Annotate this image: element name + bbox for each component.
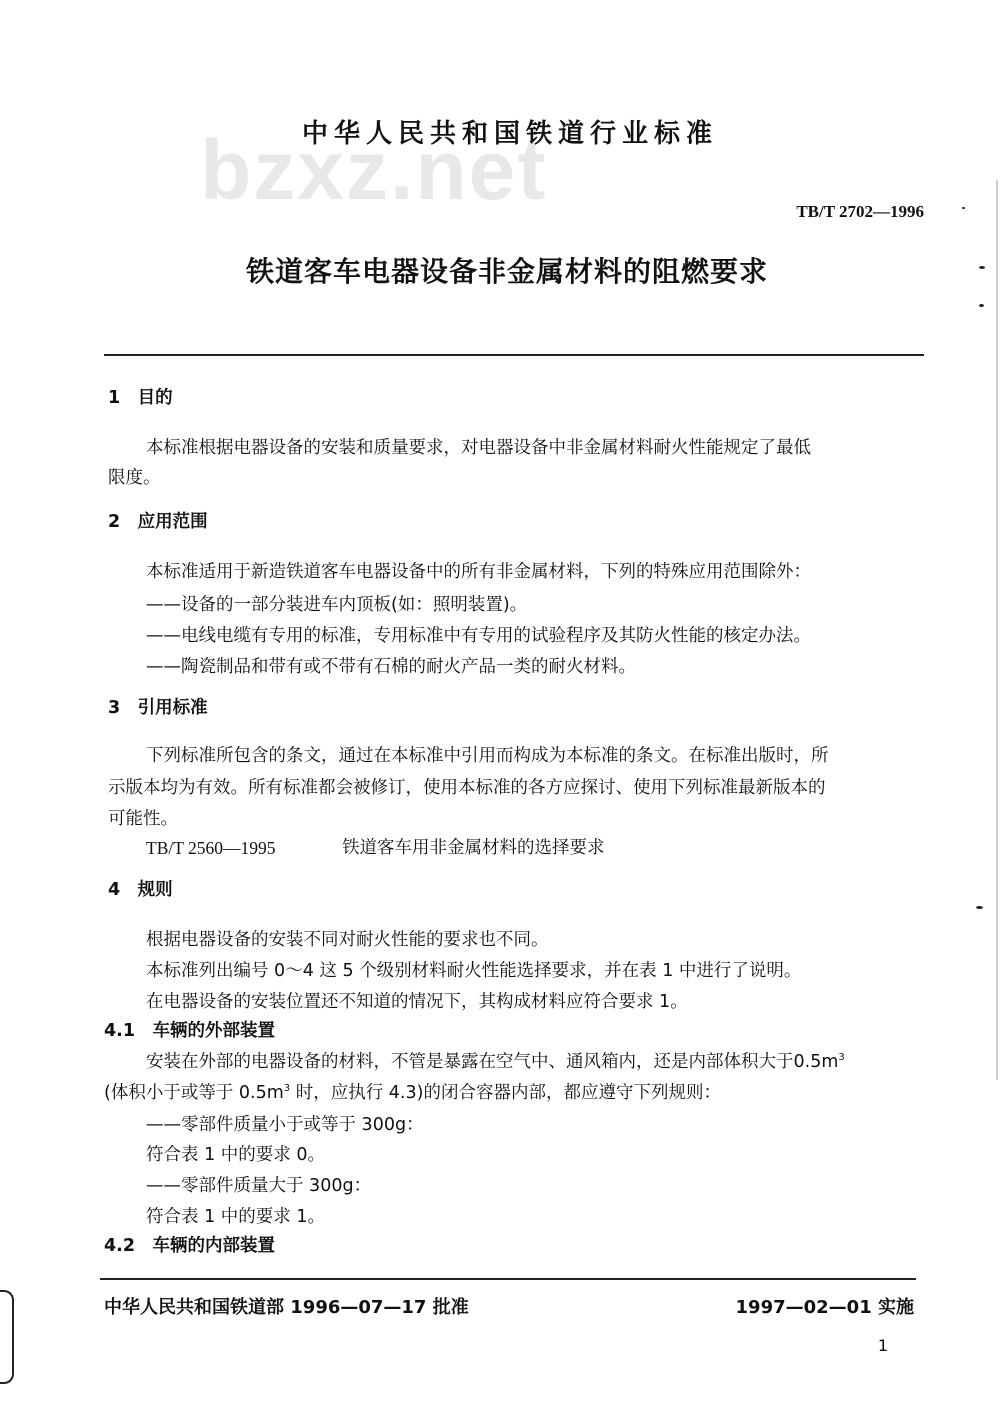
section-4-2-heading: 4.2 车辆的内部装置 [104, 1238, 275, 1256]
section-1-text: 本标准根据电器设备的安装和质量要求，对电器设备中非金属材料耐火性能规定了最低 [146, 440, 811, 458]
section-4-1-heading: 4.1 车辆的外部装置 [104, 1023, 275, 1041]
section-2-heading: 2 应用范围 [108, 514, 208, 532]
implementation-date: 1997—02—01 实施 [736, 1299, 914, 1317]
section-4-text: 本标准列出编号 0～4 这 5 个级别材料耐火性能选择要求，并在表 1 中进行了… [146, 963, 801, 981]
section-3-heading: 3 引用标准 [108, 700, 208, 718]
section-1-heading: 1 目的 [108, 390, 173, 408]
section-4-1-item: 符合表 1 中的要求 1。 [146, 1209, 325, 1227]
section-4-text: 在电器设备的安装位置还不知道的情况下，其构成材料应符合要求 1。 [146, 994, 688, 1012]
section-2-item: ——陶瓷制品和带有或不带有石棉的耐火产品一类的耐火材料。 [146, 659, 636, 677]
section-3-text: 可能性。 [108, 811, 178, 829]
section-4-text: 根据电器设备的安装不同对耐火性能的要求也不同。 [146, 932, 549, 950]
scan-speck [962, 207, 965, 209]
scan-speck [976, 906, 983, 909]
org-title: 中华人民共和国铁道行业标准 [302, 121, 718, 147]
page-number: 1 [878, 1338, 888, 1354]
standard-number: TB/T 2702—1996 [796, 203, 924, 220]
footer-divider [100, 1278, 916, 1280]
section-3-text: 示版本均为有效。所有标准都会被修订，使用本标准的各方应探讨、使用下列标准最新版本… [108, 780, 826, 798]
section-2-text: 本标准适用于新造铁道客车电器设备中的所有非金属材料，下列的特殊应用范围除外： [146, 564, 811, 582]
scan-right-edge [996, 180, 998, 1080]
section-4-1-text: 安装在外部的电器设备的材料，不管是暴露在空气中、通风箱内，还是内部体积大于0.5… [146, 1053, 845, 1071]
section-4-1-item: 符合表 1 中的要求 0。 [146, 1147, 325, 1165]
scan-speck [979, 266, 985, 269]
section-4-1-item: ——零部件质量小于或等于 300g： [146, 1117, 424, 1135]
reference-title: 铁道客车用非金属材料的选择要求 [342, 840, 605, 858]
scan-edge-artifact [0, 1290, 14, 1384]
section-2-item: ——电线电缆有专用的标准，专用标准中有专用的试验程序及其防火性能的核定办法。 [146, 628, 811, 646]
document-title: 铁道客车电器设备非金属材料的阻燃要求 [246, 258, 768, 286]
section-1-text: 限度。 [108, 470, 161, 488]
reference-code: TB/T 2560—1995 [146, 840, 275, 858]
section-2-item: ——设备的一部分装进车内顶板(如：照明装置)。 [146, 597, 527, 615]
section-3-text: 下列标准所包含的条文，通过在本标准中引用而构成为本标准的条文。在标准出版时，所 [146, 748, 829, 766]
approval-date: 中华人民共和国铁道部 1996—07—17 批准 [104, 1299, 469, 1317]
section-4-1-text: (体积小于或等于 0.5m3 时，应执行 4.3)的闭合容器内部，都应遵守下列规… [104, 1084, 721, 1102]
header-divider [104, 354, 924, 356]
scan-speck [979, 304, 984, 307]
section-4-heading: 4 规则 [108, 882, 173, 900]
section-4-1-item: ——零部件质量大于 300g： [146, 1178, 371, 1196]
